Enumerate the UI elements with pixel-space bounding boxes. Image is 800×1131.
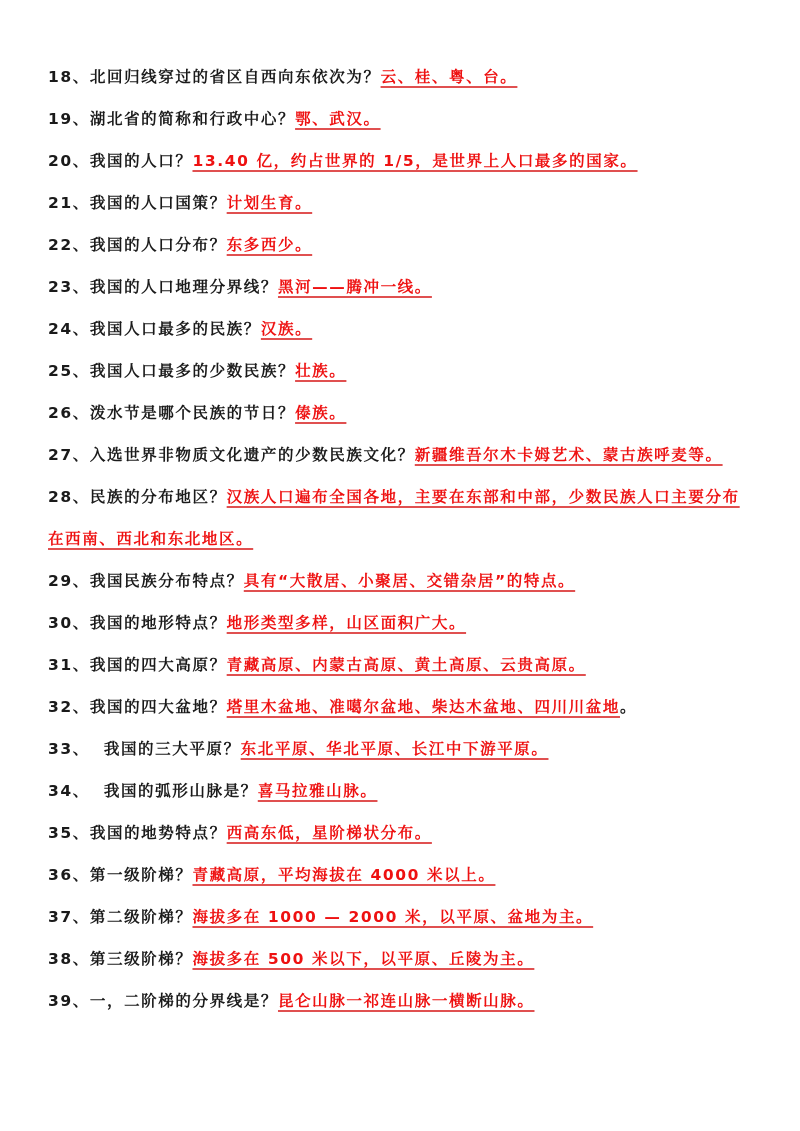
answer-text: 海拔多在 500 米以下，以平原、丘陵为主。 [192, 950, 534, 968]
answer-text: 东多西少。 [227, 236, 313, 254]
answer-text: 黑河——腾冲一线。 [278, 278, 432, 296]
qa-item-39: 39、一，二阶梯的分界线是？昆仑山脉一祁连山脉一横断山脉。 [48, 980, 754, 1022]
qa-item-19: 19、湖北省的简称和行政中心？鄂、武汉。 [48, 98, 754, 140]
question-text: 24、我国人口最多的民族？ [48, 320, 261, 338]
answer-text: 地形类型多样，山区面积广大。 [227, 614, 466, 632]
qa-item-32: 32、我国的四大盆地？塔里木盆地、准噶尔盆地、柴达木盆地、四川川盆地。 [48, 686, 754, 728]
question-text: 38、第三级阶梯？ [48, 950, 192, 968]
qa-item-27: 27、入选世界非物质文化遗产的少数民族文化？新疆维吾尔木卡姆艺术、蒙古族呼麦等。 [48, 434, 754, 476]
question-text: 32、我国的四大盆地？ [48, 698, 227, 716]
qa-item-37: 37、第二级阶梯？海拔多在 1000 — 2000 米，以平原、盆地为主。 [48, 896, 754, 938]
answer-text: 喜马拉雅山脉。 [258, 782, 378, 800]
answer-text: 具有“大散居、小聚居、交错杂居”的特点。 [244, 572, 575, 590]
qa-item-20: 20、我国的人口？13.40 亿，约占世界的 1/5，是世界上人口最多的国家。 [48, 140, 754, 182]
trailing-punctuation: 。 [620, 698, 637, 716]
document-page: 18、北回归线穿过的省区自西向东依次为？云、桂、粤、台。 19、湖北省的简称和行… [48, 56, 754, 1022]
answer-text: 壮族。 [295, 362, 346, 380]
question-text: 27、入选世界非物质文化遗产的少数民族文化？ [48, 446, 415, 464]
answer-text: 青藏高原、内蒙古高原、黄土高原、云贵高原。 [227, 656, 586, 674]
question-text: 28、民族的分布地区？ [48, 488, 227, 506]
qa-item-22: 22、我国的人口分布？东多西少。 [48, 224, 754, 266]
qa-item-25: 25、我国人口最多的少数民族？壮族。 [48, 350, 754, 392]
qa-item-29: 29、我国民族分布特点？具有“大散居、小聚居、交错杂居”的特点。 [48, 560, 754, 602]
qa-item-23: 23、我国的人口地理分界线？黑河——腾冲一线。 [48, 266, 754, 308]
qa-item-36: 36、第一级阶梯？青藏高原，平均海拔在 4000 米以上。 [48, 854, 754, 896]
answer-text: 昆仑山脉一祁连山脉一横断山脉。 [278, 992, 535, 1010]
answer-text: 海拔多在 1000 — 2000 米，以平原、盆地为主。 [192, 908, 593, 926]
answer-text: 计划生育。 [227, 194, 313, 212]
question-text: 19、湖北省的简称和行政中心？ [48, 110, 295, 128]
qa-item-33: 33、 我国的三大平原？东北平原、华北平原、长江中下游平原。 [48, 728, 754, 770]
qa-item-30: 30、我国的地形特点？地形类型多样，山区面积广大。 [48, 602, 754, 644]
question-text: 36、第一级阶梯？ [48, 866, 192, 884]
qa-item-18: 18、北回归线穿过的省区自西向东依次为？云、桂、粤、台。 [48, 56, 754, 98]
answer-text: 傣族。 [295, 404, 346, 422]
answer-text: 云、桂、粤、台。 [381, 68, 518, 86]
question-text: 34、 我国的弧形山脉是？ [48, 782, 258, 800]
question-text: 39、一，二阶梯的分界线是？ [48, 992, 278, 1010]
question-text: 37、第二级阶梯？ [48, 908, 192, 926]
question-text: 30、我国的地形特点？ [48, 614, 227, 632]
answer-text: 13.40 亿，约占世界的 1/5，是世界上人口最多的国家。 [192, 152, 637, 170]
qa-item-35: 35、我国的地势特点？西高东低，星阶梯状分布。 [48, 812, 754, 854]
qa-item-31: 31、我国的四大高原？青藏高原、内蒙古高原、黄土高原、云贵高原。 [48, 644, 754, 686]
question-text: 26、泼水节是哪个民族的节日？ [48, 404, 295, 422]
question-text: 35、我国的地势特点？ [48, 824, 227, 842]
question-text: 22、我国的人口分布？ [48, 236, 227, 254]
question-text: 31、我国的四大高原？ [48, 656, 227, 674]
question-text: 20、我国的人口？ [48, 152, 192, 170]
question-text: 23、我国的人口地理分界线？ [48, 278, 278, 296]
question-text: 21、我国的人口国策？ [48, 194, 227, 212]
answer-text: 西高东低，星阶梯状分布。 [227, 824, 432, 842]
qa-item-34: 34、 我国的弧形山脉是？喜马拉雅山脉。 [48, 770, 754, 812]
answer-text: 汉族。 [261, 320, 312, 338]
answer-text: 东北平原、华北平原、长江中下游平原。 [241, 740, 549, 758]
qa-item-28: 28、民族的分布地区？汉族人口遍布全国各地，主要在东部和中部，少数民族人口主要分… [48, 476, 754, 560]
question-text: 33、 我国的三大平原？ [48, 740, 241, 758]
question-text: 29、我国民族分布特点？ [48, 572, 244, 590]
qa-item-38: 38、第三级阶梯？海拔多在 500 米以下，以平原、丘陵为主。 [48, 938, 754, 980]
answer-text: 青藏高原，平均海拔在 4000 米以上。 [192, 866, 495, 884]
question-text: 25、我国人口最多的少数民族？ [48, 362, 295, 380]
qa-item-24: 24、我国人口最多的民族？汉族。 [48, 308, 754, 350]
qa-item-21: 21、我国的人口国策？计划生育。 [48, 182, 754, 224]
answer-text: 塔里木盆地、准噶尔盆地、柴达木盆地、四川川盆地 [227, 698, 620, 716]
question-text: 18、北回归线穿过的省区自西向东依次为？ [48, 68, 381, 86]
answer-text: 新疆维吾尔木卡姆艺术、蒙古族呼麦等。 [415, 446, 723, 464]
answer-text: 鄂、武汉。 [295, 110, 381, 128]
qa-item-26: 26、泼水节是哪个民族的节日？傣族。 [48, 392, 754, 434]
